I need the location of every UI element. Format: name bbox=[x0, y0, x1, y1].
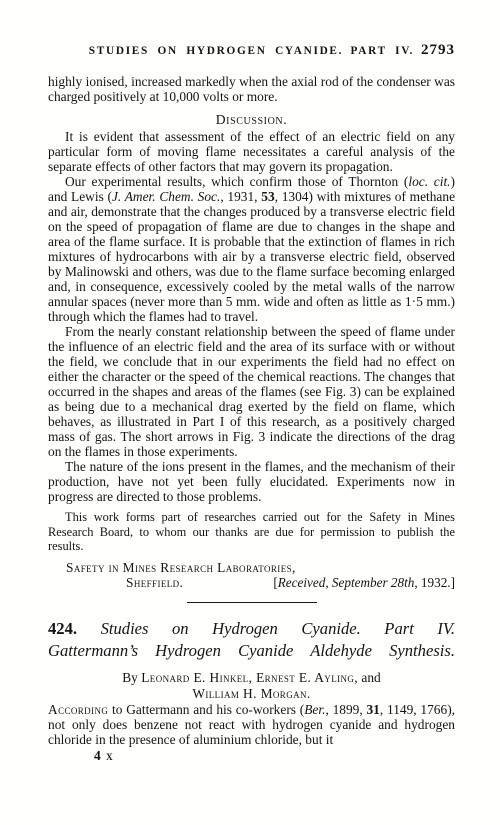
article-title: 424. Studies on Hydrogen Cyanide. Part I… bbox=[48, 618, 455, 662]
byline: By Leonard E. Hinkel, Ernest E. Ayling, … bbox=[48, 670, 455, 702]
address-line-1: Safety in Mines Research Laboratories, bbox=[48, 560, 455, 575]
opening-paragraph: According to Gattermann and his co-worke… bbox=[48, 702, 455, 747]
page-header: STUDIES ON HYDROGEN CYANIDE. PART IV. 27… bbox=[48, 45, 455, 61]
address-received-row: Sheffield. [Received, September 28th, 19… bbox=[48, 575, 455, 590]
article-title-line-1: 424. Studies on Hydrogen Cyanide. Part I… bbox=[48, 618, 455, 640]
byline-line-1: By Leonard E. Hinkel, Ernest E. Ayling, … bbox=[48, 670, 455, 686]
address-line-2: Sheffield. bbox=[126, 575, 183, 590]
page-number: 2793 bbox=[421, 42, 455, 59]
byline-line-2: William H. Morgan. bbox=[48, 686, 455, 702]
paragraph: From the nearly constant relationship be… bbox=[48, 324, 455, 459]
signature-mark: 4 x bbox=[48, 748, 455, 764]
article-separator-rule bbox=[187, 602, 317, 604]
running-head: STUDIES ON HYDROGEN CYANIDE. PART IV. bbox=[48, 45, 455, 57]
paragraph: Our experimental results, which confirm … bbox=[48, 174, 455, 324]
journal-page: STUDIES ON HYDROGEN CYANIDE. PART IV. 27… bbox=[0, 0, 500, 825]
paragraph: The nature of the ions present in the fl… bbox=[48, 459, 455, 504]
article-title-line-2: Gattermann’s Hydrogen Cyanide Aldehyde S… bbox=[48, 640, 455, 662]
acknowledgement-paragraph: This work forms part of researches carri… bbox=[48, 510, 455, 554]
section-heading-discussion: Discussion. bbox=[48, 112, 455, 128]
paragraph: It is evident that assessment of the eff… bbox=[48, 129, 455, 174]
continuation-paragraph: highly ionised, increased markedly when … bbox=[48, 74, 455, 104]
received-date: [Received, September 28th, 1932.] bbox=[273, 575, 455, 590]
